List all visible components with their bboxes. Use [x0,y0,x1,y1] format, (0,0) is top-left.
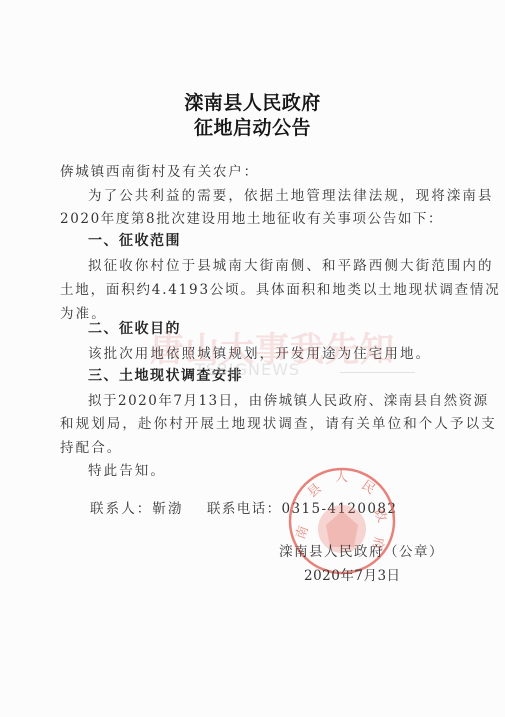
document-title-line1: 滦南县人民政府 [0,88,505,115]
section-survey-line-1: 拟于2020年7月13日，由倴城镇人民政府、滦南县自然资源 [88,389,489,409]
intro-line-1: 为了公共利益的需要，依据土地管理法律法规，现将滦南县 [88,184,494,204]
section-survey-line-2: 和规划局，赴你村开展土地现状调查，请有关单位和个人予以支 [60,412,497,432]
section-scope-line-1: 拟征收你村位于县城南大街南侧、和平路西侧大街范围内的 [88,254,494,274]
svg-text:南: 南 [292,524,311,542]
watermark-rule [340,372,415,373]
section-heading-survey: 三、土地现状调查安排 [88,365,243,385]
document-title-line2: 征地启动公告 [0,113,505,140]
svg-text:人: 人 [335,470,348,485]
closing-text: 特此告知。 [88,459,166,479]
svg-text:县: 县 [305,481,325,501]
issuer-signature: 滦南县人民政府（公章） [279,540,444,560]
salutation: 倴城镇西南街村及有关农户： [60,160,259,180]
section-survey-line-3: 持配合。 [60,436,122,456]
section-scope-line-2: 土地，面积约4.4193公顷。具体面积和地类以土地现状调查情况 [60,278,501,298]
section-purpose-line-1: 该批次用地依照城镇规划，开发用途为住宅用地。 [88,342,431,362]
contact-person: 联系人：靳渤 [90,497,184,517]
section-heading-purpose: 二、征收目的 [88,318,181,338]
section-heading-scope: 一、征收范围 [88,230,181,250]
official-seal-icon: 南 县 人 民 政 府 [286,465,398,577]
intro-line-2: 2020年度第8批次建设用地土地征收有关事项公告如下： [60,207,443,227]
issue-date: 2020年7月3日 [304,564,401,584]
svg-text:政: 政 [370,507,389,525]
